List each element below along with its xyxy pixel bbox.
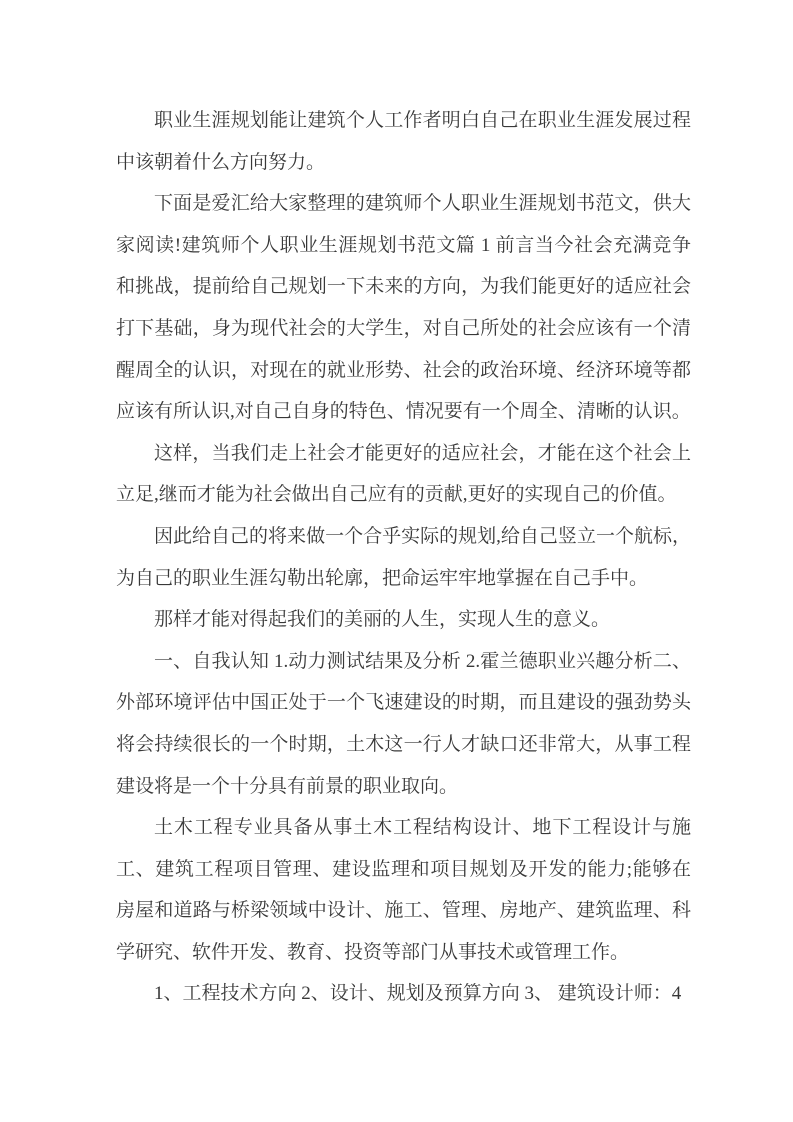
paragraph-5: 那样才能对得起我们的美丽的人生，实现人生的意义。 (116, 599, 691, 641)
paragraph-7: 土木工程专业具备从事土木工程结构设计、地下工程设计与施工、建筑工程项目管理、建设… (116, 807, 691, 973)
paragraph-3: 这样，当我们走上社会才能更好的适应社会，才能在这个社会上立足,继而才能为社会做出… (116, 433, 691, 516)
document-text: 职业生涯规划能让建筑个人工作者明白自己在职业生涯发展过程中该朝着什么方向努力。 … (116, 100, 691, 1015)
document-page: 职业生涯规划能让建筑个人工作者明白自己在职业生涯发展过程中该朝着什么方向努力。 … (0, 0, 793, 1122)
paragraph-2: 下面是爱汇给大家整理的建筑师个人职业生涯规划书范文，供大家阅读!建筑师个人职业生… (116, 183, 691, 433)
paragraph-8: 1、工程技术方向 2、设计、规划及预算方向 3、 建筑设计师：4 (116, 973, 691, 1015)
paragraph-6: 一、自我认知 1.动力测试结果及分析 2.霍兰德职业兴趣分析二、外部环境评估中国… (116, 641, 691, 807)
paragraph-4: 因此给自己的将来做一个合乎实际的规划,给自己竖立一个航标，为自己的职业生涯勾勒出… (116, 516, 691, 599)
paragraph-1: 职业生涯规划能让建筑个人工作者明白自己在职业生涯发展过程中该朝着什么方向努力。 (116, 100, 691, 183)
